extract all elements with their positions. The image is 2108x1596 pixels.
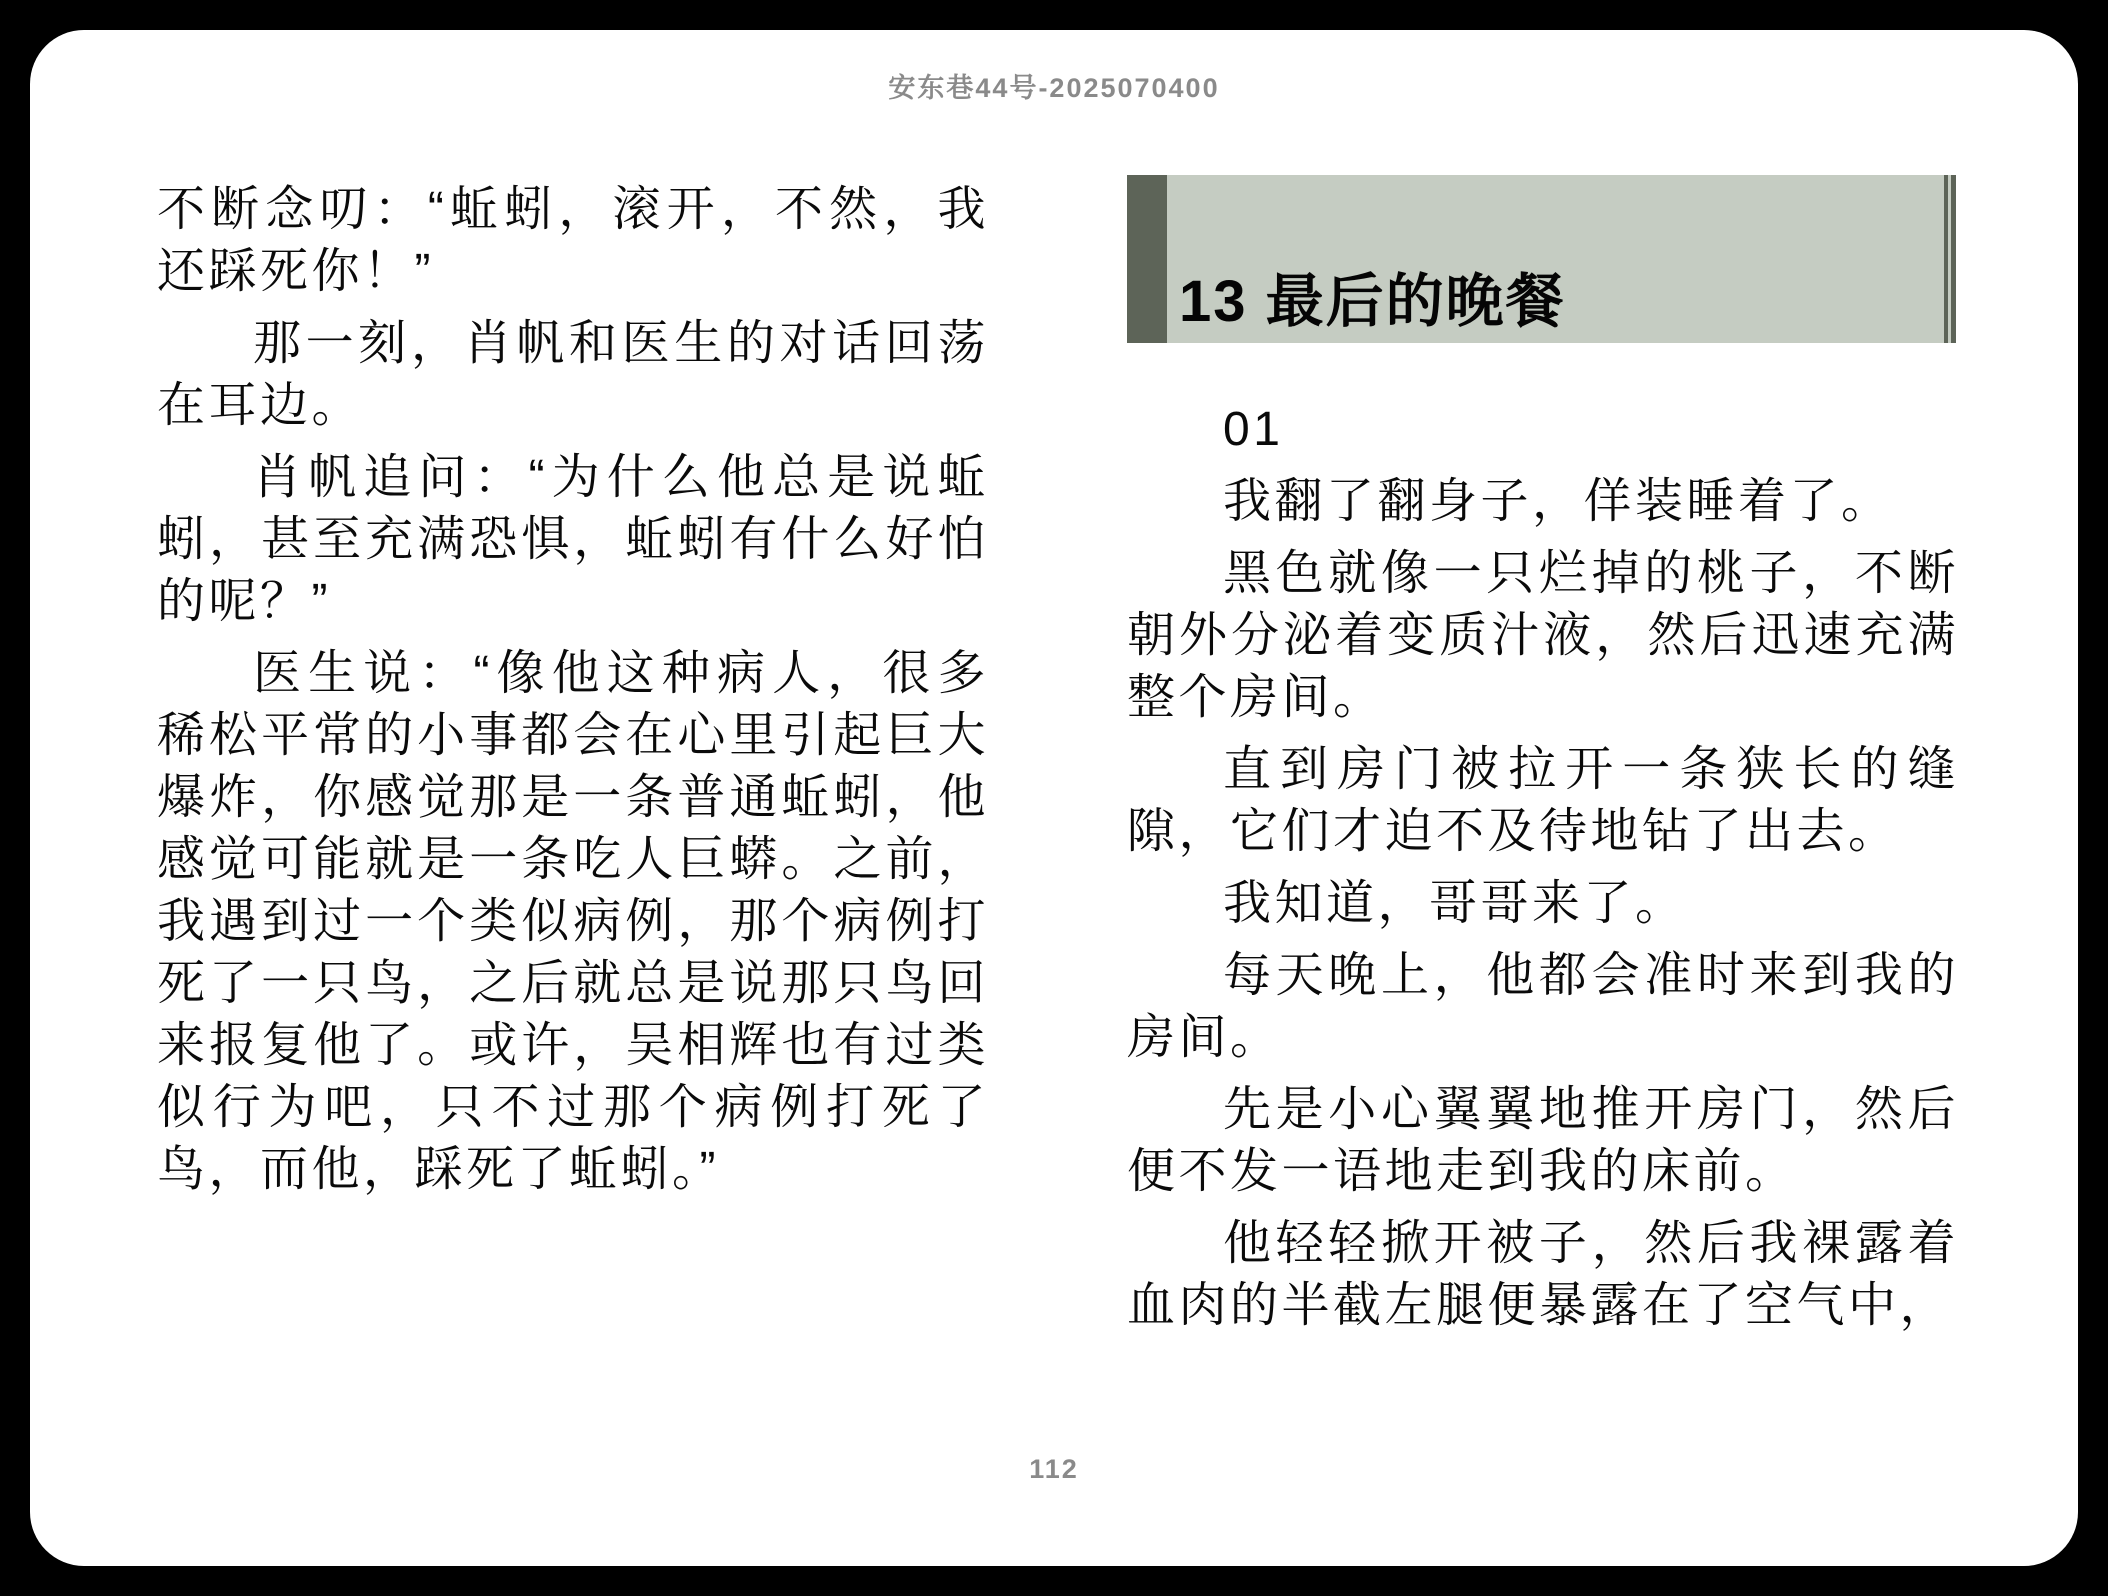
device-frame: 安东巷44号-2025070400 不断念叨：“蚯蚓，滚开，不然，我还踩死你！”… [0, 0, 2108, 1596]
reader-page[interactable]: 安东巷44号-2025070400 不断念叨：“蚯蚓，滚开，不然，我还踩死你！”… [30, 30, 2078, 1566]
book-header-title: 安东巷44号-2025070400 [30, 66, 2078, 105]
paragraph: 每天晚上，他都会准时来到我的房间。 [1127, 945, 1959, 1069]
chapter-title: 13 最后的晚餐 [1179, 269, 1566, 335]
section-number: 01 [1127, 399, 1959, 461]
paragraph: 不断念叨：“蚯蚓，滚开，不然，我还踩死你！” [157, 179, 989, 303]
banner-right-accent-line-edge [1951, 175, 1956, 343]
paragraph: 直到房门被拉开一条狭长的缝隙，它们才迫不及待地钻了出去。 [1127, 739, 1959, 863]
banner-right-accent-line-outer [1944, 175, 1948, 343]
paragraph: 医生说：“像他这种病人，很多稀松平常的小事都会在心里引起巨大爆炸，你感觉那是一条… [157, 643, 989, 1201]
paragraph: 先是小心翼翼地推开房门，然后便不发一语地走到我的床前。 [1127, 1079, 1959, 1203]
right-text-column: 13 最后的晚餐 01 我翻了翻身子，佯装睡着了。 黑色就像一只烂掉的桃子，不断… [1127, 175, 1959, 1347]
banner-left-accent-bar [1127, 175, 1167, 343]
paragraph: 他轻轻掀开被子，然后我裸露着血肉的半截左腿便暴露在了空气中， [1127, 1213, 1959, 1337]
left-text-column: 不断念叨：“蚯蚓，滚开，不然，我还踩死你！” 那一刻，肖帆和医生的对话回荡在耳边… [157, 179, 989, 1211]
page-number: 112 [30, 1454, 2078, 1485]
paragraph: 我知道，哥哥来了。 [1127, 873, 1959, 935]
paragraph: 我翻了翻身子，佯装睡着了。 [1127, 471, 1959, 533]
paragraph: 肖帆追问：“为什么他总是说蚯蚓，甚至充满恐惧，蚯蚓有什么好怕的呢？” [157, 447, 989, 633]
paragraph: 那一刻，肖帆和医生的对话回荡在耳边。 [157, 313, 989, 437]
paragraph: 黑色就像一只烂掉的桃子，不断朝外分泌着变质汁液，然后迅速充满整个房间。 [1127, 543, 1959, 729]
chapter-banner: 13 最后的晚餐 [1127, 175, 1956, 343]
